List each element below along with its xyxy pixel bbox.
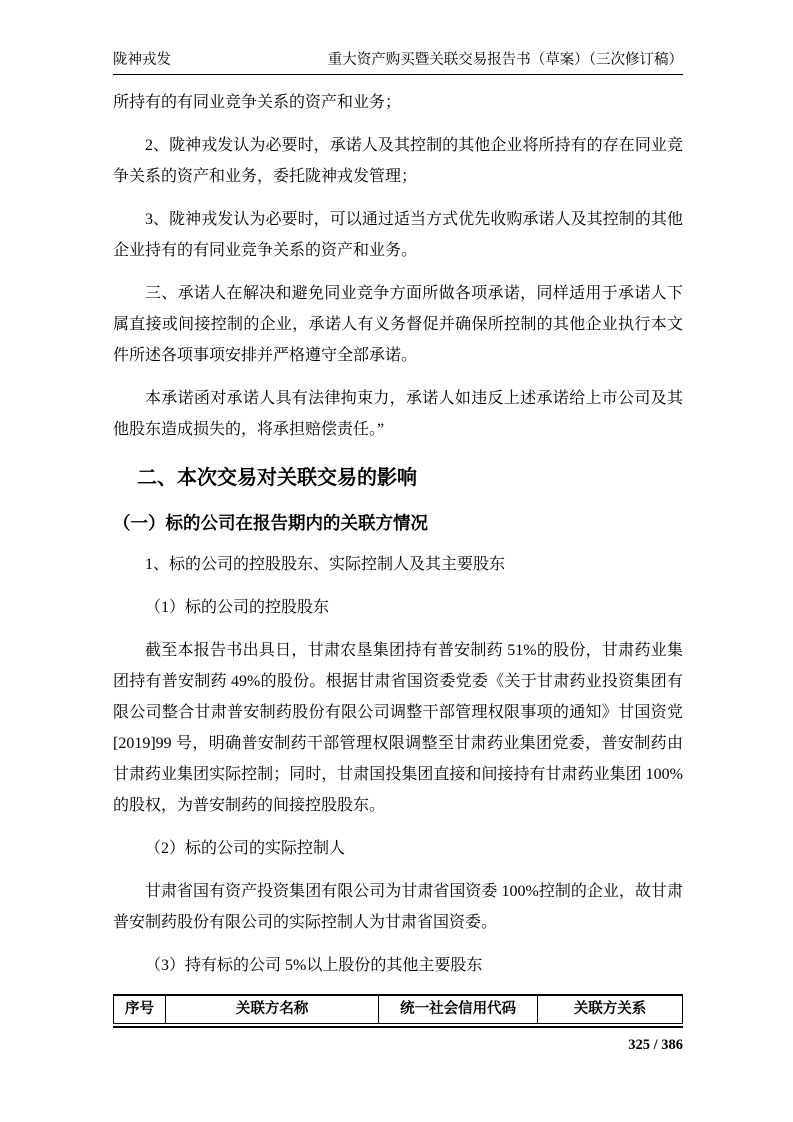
table-header-credit-code: 统一社会信用代码	[378, 996, 537, 1023]
paragraph-controlling-shareholder: 截至本报告书出具日，甘肃农垦集团持有普安制药 51%的股份，甘肃药业集团持有普安…	[113, 635, 683, 821]
list-item-1-1: （1）标的公司的控股股东	[113, 592, 683, 623]
table-header-relationship: 关联方关系	[537, 996, 682, 1023]
document-page: 陇神戎发 重大资产购买暨关联交易报告书（草案）（三次修订稿） 所持有的有同业竞争…	[0, 0, 793, 1122]
list-item-1: 1、标的公司的控股股东、实际控制人及其主要股东	[113, 549, 683, 580]
paragraph-san: 三、承诺人在解决和避免同业竞争方面所做各项承诺，同样适用于承诺人下属直接或间接控…	[113, 278, 683, 371]
page-number: 325 / 386	[113, 1037, 683, 1054]
paragraph-continuation: 所持有的有同业竞争关系的资产和业务；	[113, 87, 683, 118]
list-item-1-3: （3）持有标的公司 5%以上股份的其他主要股东	[113, 950, 683, 981]
list-item-1-2: （2）标的公司的实际控制人	[113, 833, 683, 864]
section-heading: 二、本次交易对关联交易的影响	[113, 463, 683, 493]
table-header-serial-number: 序号	[114, 996, 165, 1023]
paragraph-item-3: 3、陇神戎发认为必要时，可以通过适当方式优先收购承诺人及其控制的其他企业持有的有…	[113, 204, 683, 266]
paragraph-item-2: 2、陇神戎发认为必要时，承诺人及其控制的其他企业将所持有的存在同业竞争关系的资产…	[113, 130, 683, 192]
paragraph-actual-controller: 甘肃省国有资产投资集团有限公司为甘肃省国资委 100%控制的企业，故甘肃普安制药…	[113, 876, 683, 938]
paragraph-binding: 本承诺函对承诺人具有法律拘束力，承诺人如违反上述承诺给上市公司及其他股东造成损失…	[113, 383, 683, 445]
table-header-related-party-name: 关联方名称	[165, 996, 378, 1023]
subsection-heading: （一）标的公司在报告期内的关联方情况	[113, 510, 683, 537]
page-content: 所持有的有同业竞争关系的资产和业务； 2、陇神戎发认为必要时，承诺人及其控制的其…	[113, 75, 683, 1054]
header-company-name: 陇神戎发	[113, 48, 171, 69]
running-header: 陇神戎发 重大资产购买暨关联交易报告书（草案）（三次修订稿）	[113, 48, 683, 75]
header-report-title: 重大资产购买暨关联交易报告书（草案）（三次修订稿）	[328, 48, 683, 69]
table-page-break-rule	[113, 1026, 683, 1028]
related-party-table-header-row: 序号 关联方名称 统一社会信用代码 关联方关系	[113, 994, 683, 1024]
